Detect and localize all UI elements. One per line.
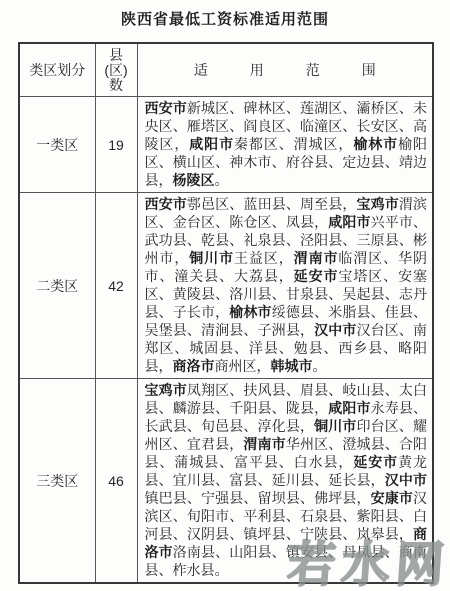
table-row: 三类区46宝鸡市凤翔区、扶风县、眉县、岐山县、太白县、麟游县、千阳县、陇县，咸阳…: [19, 379, 433, 584]
city-name: 咸阳市: [189, 136, 234, 152]
city-name: 安康市: [371, 490, 413, 506]
table-body: 一类区19西安市新城区、碑林区、莲湖区、灞桥区、未央区、雁塔区、阎良区、临潼区、…: [19, 97, 433, 584]
city-name: 延安市: [294, 268, 339, 284]
city-name: 榆林市: [353, 136, 398, 152]
header-scope: 适用范围: [137, 43, 433, 97]
city-name: 商洛市: [145, 526, 428, 560]
city-name: 延安市: [353, 454, 398, 470]
scope-cell: 西安市新城区、碑林区、莲湖区、灞桥区、未央区、雁塔区、阎良区、临潼区、长安区、高…: [137, 97, 433, 193]
city-name: 汉中市: [385, 472, 427, 488]
city-name: 宝鸡市: [145, 382, 187, 398]
city-name: 渭南市: [243, 436, 285, 452]
wage-scope-table: 类区划分 县 (区) 数 适用范围 一类区19西安市新城区、碑林区、莲湖区、灞桥…: [18, 42, 434, 584]
header-county-count: 县 (区) 数: [95, 43, 137, 97]
city-name: 渭南市: [294, 250, 339, 266]
page-title: 陕西省最低工资标准适用范围: [0, 0, 450, 29]
city-name: 铜川市: [189, 250, 234, 266]
table-row: 二类区42西安市鄠邑区、蓝田县、周至县，宝鸡市渭滨区、金台区、陈仓区、凤县，咸阳…: [19, 193, 433, 379]
city-name: 汉中市: [314, 322, 356, 338]
category-cell: 二类区: [19, 193, 95, 379]
city-name: 宝鸡市: [357, 196, 399, 212]
city-name: 商洛市: [173, 358, 215, 374]
city-name: 榆林市: [229, 304, 271, 320]
city-name: 西安市: [145, 196, 187, 212]
category-cell: 一类区: [19, 97, 95, 193]
city-name: 咸阳市: [328, 214, 370, 230]
table-row: 一类区19西安市新城区、碑林区、莲湖区、灞桥区、未央区、雁塔区、阎良区、临潼区、…: [19, 97, 433, 193]
header-scope-label: 适用范围: [194, 62, 418, 78]
county-count-cell: 42: [95, 193, 137, 379]
header-category: 类区划分: [19, 43, 95, 97]
page: 陕西省最低工资标准适用范围 类区划分 县 (区) 数 适用范围 一类区19西安市…: [0, 0, 450, 591]
city-name: 杨陵区: [173, 172, 215, 188]
city-name: 铜川市: [314, 418, 356, 434]
county-count-cell: 46: [95, 379, 137, 584]
scope-cell: 西安市鄠邑区、蓝田县、周至县，宝鸡市渭滨区、金台区、陈仓区、凤县，咸阳市兴平市、…: [137, 193, 433, 379]
city-name: 韩城市: [271, 358, 313, 374]
header-row: 类区划分 县 (区) 数 适用范围: [19, 43, 433, 97]
city-name: 西安市: [145, 100, 187, 116]
category-cell: 三类区: [19, 379, 95, 584]
city-name: 咸阳市: [328, 400, 370, 416]
scope-cell: 宝鸡市凤翔区、扶风县、眉县、岐山县、太白县、麟游县、千阳县、陇县，咸阳市永寿县、…: [137, 379, 433, 584]
county-count-cell: 19: [95, 97, 137, 193]
